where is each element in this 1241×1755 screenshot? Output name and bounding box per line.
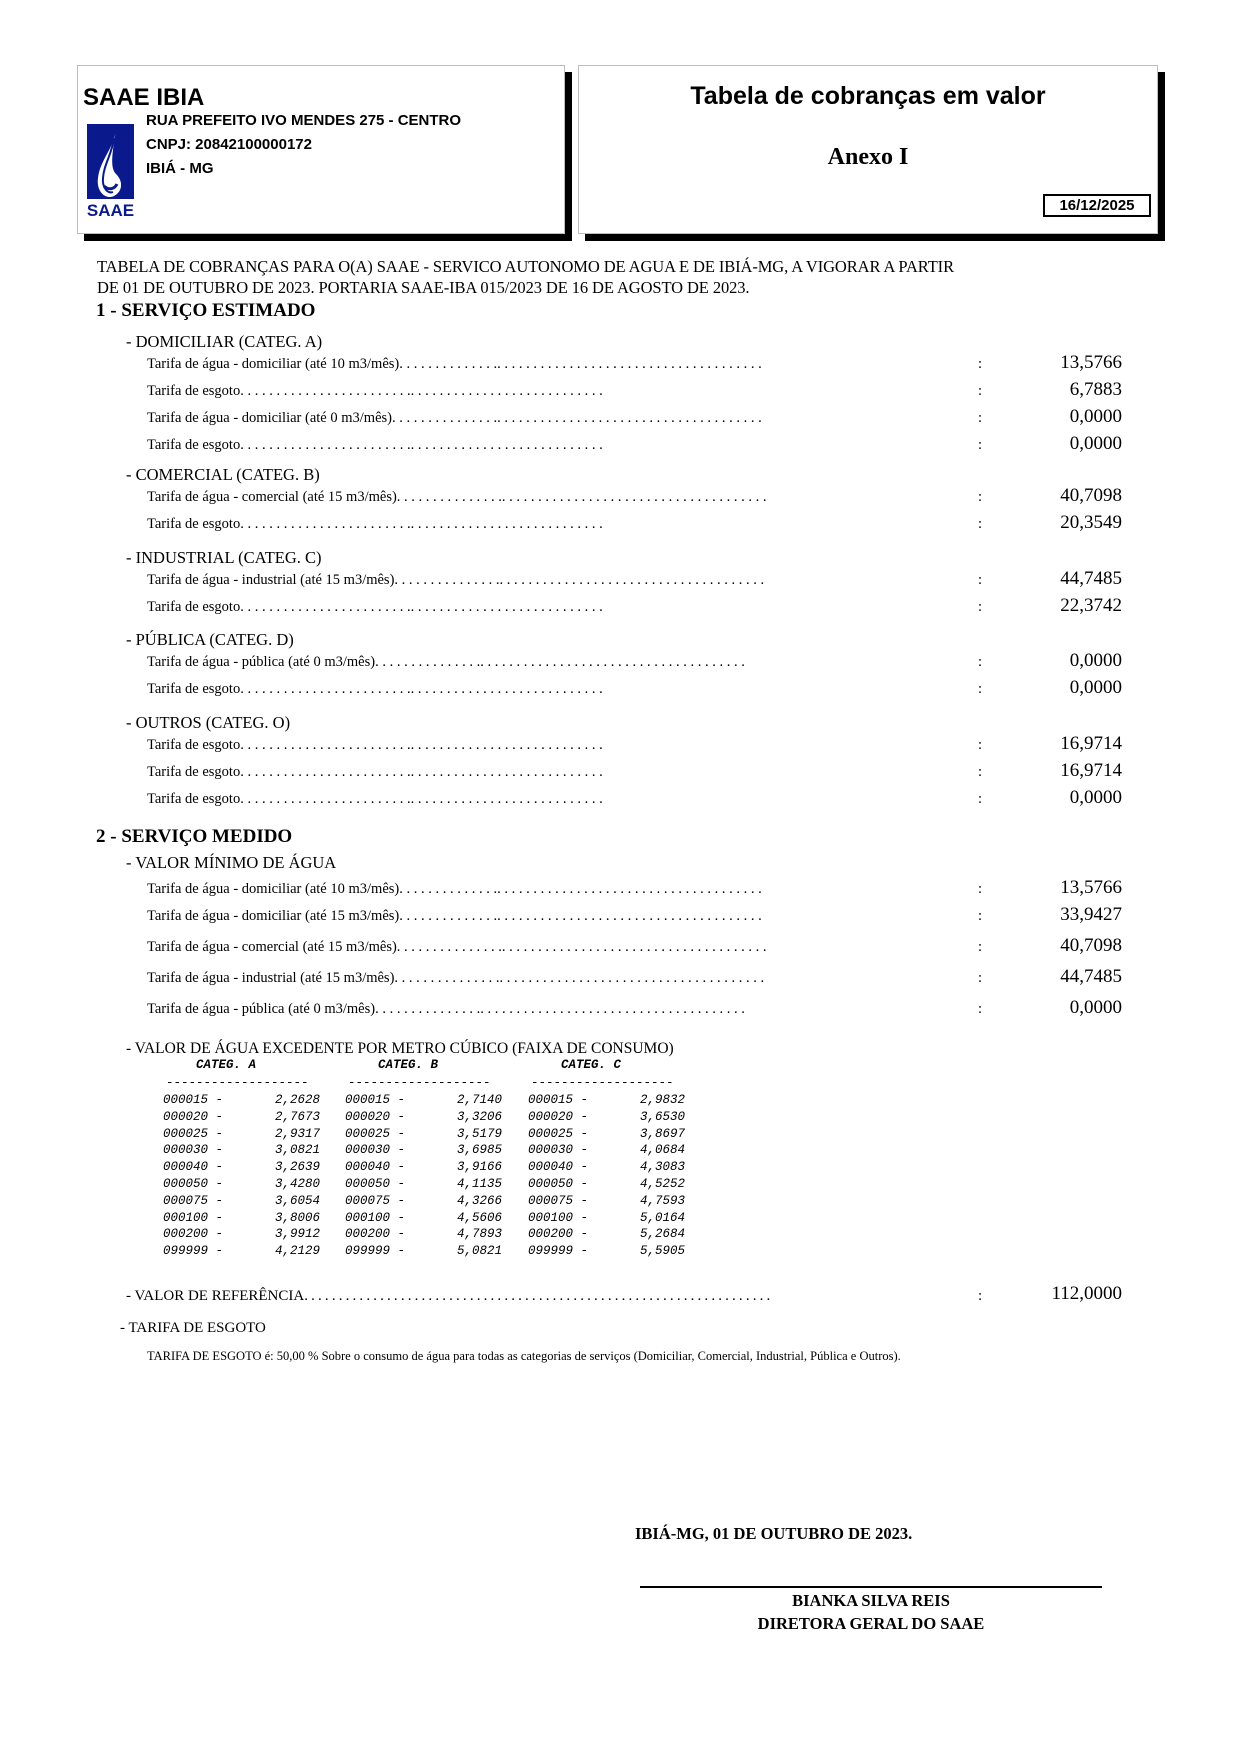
tariff-value: 13,5766: [1060, 877, 1122, 899]
excess-value-categ-b: 4,1135: [457, 1177, 502, 1191]
tariff-row: Tarifa de água - domiciliar (até 10 m3/m…: [147, 881, 1122, 903]
tariff-value: 16,9714: [1060, 733, 1122, 755]
tariff-label: Tarifa de água - domiciliar (até 15 m3/m…: [147, 908, 399, 924]
organization-name: SAAE IBIA: [83, 84, 204, 112]
sewage-tariff-text: TARIFA DE ESGOTO é: 50,00 % Sobre o cons…: [147, 1349, 901, 1364]
excess-range: 000025 -: [345, 1127, 405, 1141]
leader-dots: . . . . . . . . . . . . . . . . . . . . …: [240, 383, 603, 399]
excess-range: 099999 -: [163, 1244, 223, 1258]
leader-dots: . . . . . . . . . . . . . .. . . . . . .…: [399, 881, 762, 897]
leader-dots: . . . . . . . . . . . . . . . . . . . . …: [240, 516, 603, 532]
colon-separator: :: [978, 908, 982, 925]
excess-value-categ-b: 2,7140: [457, 1093, 502, 1107]
excess-value-categ-c: 3,6530: [640, 1110, 685, 1124]
colon-separator: :: [978, 737, 982, 754]
excess-range: 000100 -: [528, 1211, 588, 1225]
leader-dots: . . . . . . . . . . . . . . . . . . . . …: [240, 737, 603, 753]
reference-colon: :: [978, 1288, 982, 1305]
place-date: IBIÁ-MG, 01 DE OUTUBRO DE 2023.: [635, 1524, 912, 1544]
excess-value-categ-c: 4,5252: [640, 1177, 685, 1191]
leader-dots: . . . . . . . . . . . . . . . . . . . . …: [240, 791, 603, 807]
excess-value-categ-a: 2,7673: [275, 1110, 320, 1124]
excess-range: 000050 -: [345, 1177, 405, 1191]
tariff-value: 0,0000: [1070, 433, 1122, 455]
tariff-label: Tarifa de água - pública (até 0 m3/mês): [147, 1001, 375, 1017]
tariff-value: 22,3742: [1060, 595, 1122, 617]
excess-range: 000020 -: [163, 1110, 223, 1124]
category-title: - PÚBLICA (CATEG. D): [126, 630, 294, 650]
colon-separator: :: [978, 383, 982, 400]
colon-separator: :: [978, 791, 982, 808]
excess-column-separator: -------------------: [166, 1076, 309, 1090]
tariff-row: Tarifa de água - domiciliar (até 15 m3/m…: [147, 908, 1122, 930]
tariff-row: Tarifa de esgoto. . . . . . . . . . . . …: [147, 516, 1122, 538]
excess-value-categ-c: 2,9832: [640, 1093, 685, 1107]
tariff-label: Tarifa de água - industrial (até 15 m3/m…: [147, 970, 394, 986]
tariff-row: Tarifa de água - domiciliar (até 10 m3/m…: [147, 356, 1122, 378]
tariff-row: Tarifa de esgoto. . . . . . . . . . . . …: [147, 383, 1122, 405]
section-estimated-title: 1 - SERVIÇO ESTIMADO: [96, 300, 315, 322]
category-title: - DOMICILIAR (CATEG. A): [126, 332, 322, 352]
excess-range: 000015 -: [163, 1093, 223, 1107]
excess-range: 000025 -: [528, 1127, 588, 1141]
colon-separator: :: [978, 410, 982, 427]
signer-role: DIRETORA GERAL DO SAAE: [640, 1614, 1102, 1634]
colon-separator: :: [978, 437, 982, 454]
tariff-row: Tarifa de água - comercial (até 15 m3/mê…: [147, 489, 1122, 511]
excess-column-header: CATEG. B: [378, 1058, 438, 1072]
leader-dots: . . . . . . . . . . . . . . .. . . . . .…: [397, 489, 767, 505]
excess-range: 000030 -: [345, 1143, 405, 1157]
tariff-row: Tarifa de água - industrial (até 15 m3/m…: [147, 572, 1122, 594]
leader-dots: . . . . . . . . . . . . . . . . . . . . …: [240, 681, 603, 697]
excess-range: 000015 -: [345, 1093, 405, 1107]
annex-label: Anexo I: [579, 144, 1157, 171]
tariff-row: Tarifa de água - industrial (até 15 m3/m…: [147, 970, 1122, 992]
tariff-value: 0,0000: [1070, 677, 1122, 699]
signer-name: BIANKA SILVA REIS: [640, 1591, 1102, 1611]
sewage-tariff-title: - TARIFA DE ESGOTO: [120, 1320, 266, 1337]
tariff-row: Tarifa de esgoto. . . . . . . . . . . . …: [147, 437, 1122, 459]
intro-line-2: DE 01 DE OUTUBRO DE 2023. PORTARIA SAAE-…: [97, 277, 1127, 298]
organization-cnpj: CNPJ: 20842100000172: [146, 136, 312, 153]
leader-dots: . . . . . . . . . . . . . .. . . . . . .…: [399, 356, 762, 372]
excess-range: 000025 -: [163, 1127, 223, 1141]
saae-logo: SAAE: [86, 124, 135, 218]
reference-label: - VALOR DE REFERÊNCIA: [126, 1288, 304, 1304]
tariff-label: Tarifa de esgoto: [147, 681, 240, 697]
excess-value-categ-a: 3,0821: [275, 1143, 320, 1157]
colon-separator: :: [978, 681, 982, 698]
tariff-value: 0,0000: [1070, 997, 1122, 1019]
excess-value-categ-b: 3,9166: [457, 1160, 502, 1174]
excess-range: 000200 -: [528, 1227, 588, 1241]
excess-range: 000100 -: [345, 1211, 405, 1225]
category-title: - OUTROS (CATEG. O): [126, 713, 290, 733]
tariff-label: Tarifa de esgoto: [147, 383, 240, 399]
excess-range: 000075 -: [528, 1194, 588, 1208]
tariff-label: Tarifa de esgoto: [147, 516, 240, 532]
signature-line: [640, 1586, 1102, 1588]
leader-dots: . . . . . . . . . . . . . . .. . . . . .…: [375, 1001, 745, 1017]
excess-value-categ-a: 2,9317: [275, 1127, 320, 1141]
tariff-label: Tarifa de água - domiciliar (até 0 m3/mê…: [147, 410, 392, 426]
colon-separator: :: [978, 1001, 982, 1018]
excess-range: 099999 -: [345, 1244, 405, 1258]
leader-dots: . . . . . . . . . . . . . . .. . . . . .…: [392, 410, 762, 426]
excess-value-categ-b: 5,0821: [457, 1244, 502, 1258]
excess-column-header: CATEG. A: [196, 1058, 256, 1072]
excess-value-categ-a: 3,8006: [275, 1211, 320, 1225]
document-title-box: Tabela de cobranças em valor Anexo I 16/…: [578, 65, 1158, 234]
excess-range: 000050 -: [163, 1177, 223, 1191]
excess-value-categ-b: 3,3206: [457, 1110, 502, 1124]
tariff-label: Tarifa de esgoto: [147, 737, 240, 753]
tariff-value: 20,3549: [1060, 512, 1122, 534]
tariff-label: Tarifa de esgoto: [147, 437, 240, 453]
tariff-row: Tarifa de esgoto. . . . . . . . . . . . …: [147, 764, 1122, 786]
excess-range: 000200 -: [345, 1227, 405, 1241]
issue-date: 16/12/2025: [1043, 194, 1151, 217]
tariff-row: Tarifa de água - domiciliar (até 0 m3/mê…: [147, 410, 1122, 432]
excess-range: 000040 -: [163, 1160, 223, 1174]
excess-range: 000100 -: [163, 1211, 223, 1225]
excess-value-categ-b: 3,5179: [457, 1127, 502, 1141]
tariff-label: Tarifa de água - industrial (até 15 m3/m…: [147, 572, 394, 588]
tariff-label: Tarifa de água - domiciliar (até 10 m3/m…: [147, 881, 399, 897]
excess-value-categ-a: 3,6054: [275, 1194, 320, 1208]
tariff-row: Tarifa de água - comercial (até 15 m3/mê…: [147, 939, 1122, 961]
excess-range: 000030 -: [528, 1143, 588, 1157]
colon-separator: :: [978, 572, 982, 589]
excess-range: 000020 -: [528, 1110, 588, 1124]
tariff-row: Tarifa de esgoto. . . . . . . . . . . . …: [147, 791, 1122, 813]
excess-column-separator: -------------------: [531, 1076, 674, 1090]
tariff-row: Tarifa de esgoto. . . . . . . . . . . . …: [147, 681, 1122, 703]
excess-value-categ-a: 3,2639: [275, 1160, 320, 1174]
organization-city: IBIÁ - MG: [146, 160, 214, 177]
category-title: - INDUSTRIAL (CATEG. C): [126, 548, 322, 568]
excess-value-categ-a: 3,9912: [275, 1227, 320, 1241]
excess-value-categ-c: 5,5905: [640, 1244, 685, 1258]
tariff-value: 33,9427: [1060, 904, 1122, 926]
tariff-row: Tarifa de esgoto. . . . . . . . . . . . …: [147, 599, 1122, 621]
excess-range: 099999 -: [528, 1244, 588, 1258]
tariff-value: 6,7883: [1070, 379, 1122, 401]
excess-value-categ-c: 4,7593: [640, 1194, 685, 1208]
excess-range: 000030 -: [163, 1143, 223, 1157]
tariff-value: 0,0000: [1070, 650, 1122, 672]
excess-column-separator: -------------------: [348, 1076, 491, 1090]
excess-value-categ-c: 4,0684: [640, 1143, 685, 1157]
svg-text:SAAE: SAAE: [87, 201, 134, 218]
tariff-value: 16,9714: [1060, 760, 1122, 782]
excess-value-categ-c: 5,2684: [640, 1227, 685, 1241]
organization-header-box: SAAE IBIA SAAE RUA PREFEITO IVO MENDES 2…: [77, 65, 565, 234]
reference-value-row: - VALOR DE REFERÊNCIA. . . . . . . . . .…: [126, 1288, 1122, 1310]
excess-range: 000015 -: [528, 1093, 588, 1107]
colon-separator: :: [978, 970, 982, 987]
excess-range: 000075 -: [345, 1194, 405, 1208]
reference-value: 112,0000: [1051, 1283, 1122, 1305]
colon-separator: :: [978, 516, 982, 533]
colon-separator: :: [978, 939, 982, 956]
excess-value-categ-a: 4,2129: [275, 1244, 320, 1258]
water-drop-logo-icon: SAAE: [86, 124, 135, 218]
excess-range: 000040 -: [345, 1160, 405, 1174]
leader-dots: . . . . . . . . . . . . . . .. . . . . .…: [394, 572, 764, 588]
colon-separator: :: [978, 881, 982, 898]
category-title: - COMERCIAL (CATEG. B): [126, 465, 320, 485]
excess-column-header: CATEG. C: [561, 1058, 621, 1072]
leader-dots: . . . . . . . . . . . . . . .. . . . . .…: [397, 939, 767, 955]
tariff-value: 44,7485: [1060, 568, 1122, 590]
minimum-water-title: - VALOR MÍNIMO DE ÁGUA: [126, 853, 336, 873]
excess-value-categ-a: 3,4280: [275, 1177, 320, 1191]
tariff-value: 40,7098: [1060, 485, 1122, 507]
excess-value-categ-b: 3,6985: [457, 1143, 502, 1157]
excess-value-categ-b: 4,5606: [457, 1211, 502, 1225]
colon-separator: :: [978, 764, 982, 781]
tariff-value: 44,7485: [1060, 966, 1122, 988]
excess-value-categ-b: 4,7893: [457, 1227, 502, 1241]
tariff-value: 40,7098: [1060, 935, 1122, 957]
tariff-row: Tarifa de água - pública (até 0 m3/mês).…: [147, 654, 1122, 676]
leader-dots: . . . . . . . . . . . . . . . . . . . . …: [240, 437, 603, 453]
leader-dots: . . . . . . . . . . . . . . . . . . . . …: [240, 764, 603, 780]
section-measured-title: 2 - SERVIÇO MEDIDO: [96, 826, 292, 848]
leader-dots: . . . . . . . . . . . . . . . . . . . . …: [240, 599, 603, 615]
tariff-label: Tarifa de água - comercial (até 15 m3/mê…: [147, 939, 397, 955]
tariff-label: Tarifa de esgoto: [147, 764, 240, 780]
reference-dots: . . . . . . . . . . . . . . . . . . . . …: [304, 1288, 770, 1304]
tariff-label: Tarifa de água - pública (até 0 m3/mês): [147, 654, 375, 670]
excess-range: 000050 -: [528, 1177, 588, 1191]
leader-dots: . . . . . . . . . . . . . . .. . . . . .…: [394, 970, 764, 986]
excess-value-categ-c: 4,3083: [640, 1160, 685, 1174]
organization-address: RUA PREFEITO IVO MENDES 275 - CENTRO: [146, 112, 461, 129]
tariff-label: Tarifa de esgoto: [147, 599, 240, 615]
intro-paragraph: TABELA DE COBRANÇAS PARA O(A) SAAE - SER…: [97, 256, 1127, 298]
colon-separator: :: [978, 356, 982, 373]
excess-value-categ-b: 4,3266: [457, 1194, 502, 1208]
document-title: Tabela de cobranças em valor: [579, 82, 1157, 111]
excess-range: 000075 -: [163, 1194, 223, 1208]
excess-water-title: - VALOR DE ÁGUA EXCEDENTE POR METRO CÚBI…: [126, 1040, 674, 1058]
tariff-value: 0,0000: [1070, 787, 1122, 809]
tariff-label: Tarifa de água - comercial (até 15 m3/mê…: [147, 489, 397, 505]
colon-separator: :: [978, 654, 982, 671]
excess-range: 000200 -: [163, 1227, 223, 1241]
tariff-row: Tarifa de água - pública (até 0 m3/mês).…: [147, 1001, 1122, 1023]
excess-value-categ-c: 3,8697: [640, 1127, 685, 1141]
leader-dots: . . . . . . . . . . . . . .. . . . . . .…: [399, 908, 762, 924]
excess-value-categ-a: 2,2628: [275, 1093, 320, 1107]
tariff-label: Tarifa de esgoto: [147, 791, 240, 807]
intro-line-1: TABELA DE COBRANÇAS PARA O(A) SAAE - SER…: [97, 256, 1127, 277]
tariff-value: 13,5766: [1060, 352, 1122, 374]
colon-separator: :: [978, 489, 982, 506]
excess-range: 000040 -: [528, 1160, 588, 1174]
excess-value-categ-c: 5,0164: [640, 1211, 685, 1225]
excess-range: 000020 -: [345, 1110, 405, 1124]
colon-separator: :: [978, 599, 982, 616]
tariff-value: 0,0000: [1070, 406, 1122, 428]
tariff-label: Tarifa de água - domiciliar (até 10 m3/m…: [147, 356, 399, 372]
tariff-row: Tarifa de esgoto. . . . . . . . . . . . …: [147, 737, 1122, 759]
leader-dots: . . . . . . . . . . . . . . .. . . . . .…: [375, 654, 745, 670]
